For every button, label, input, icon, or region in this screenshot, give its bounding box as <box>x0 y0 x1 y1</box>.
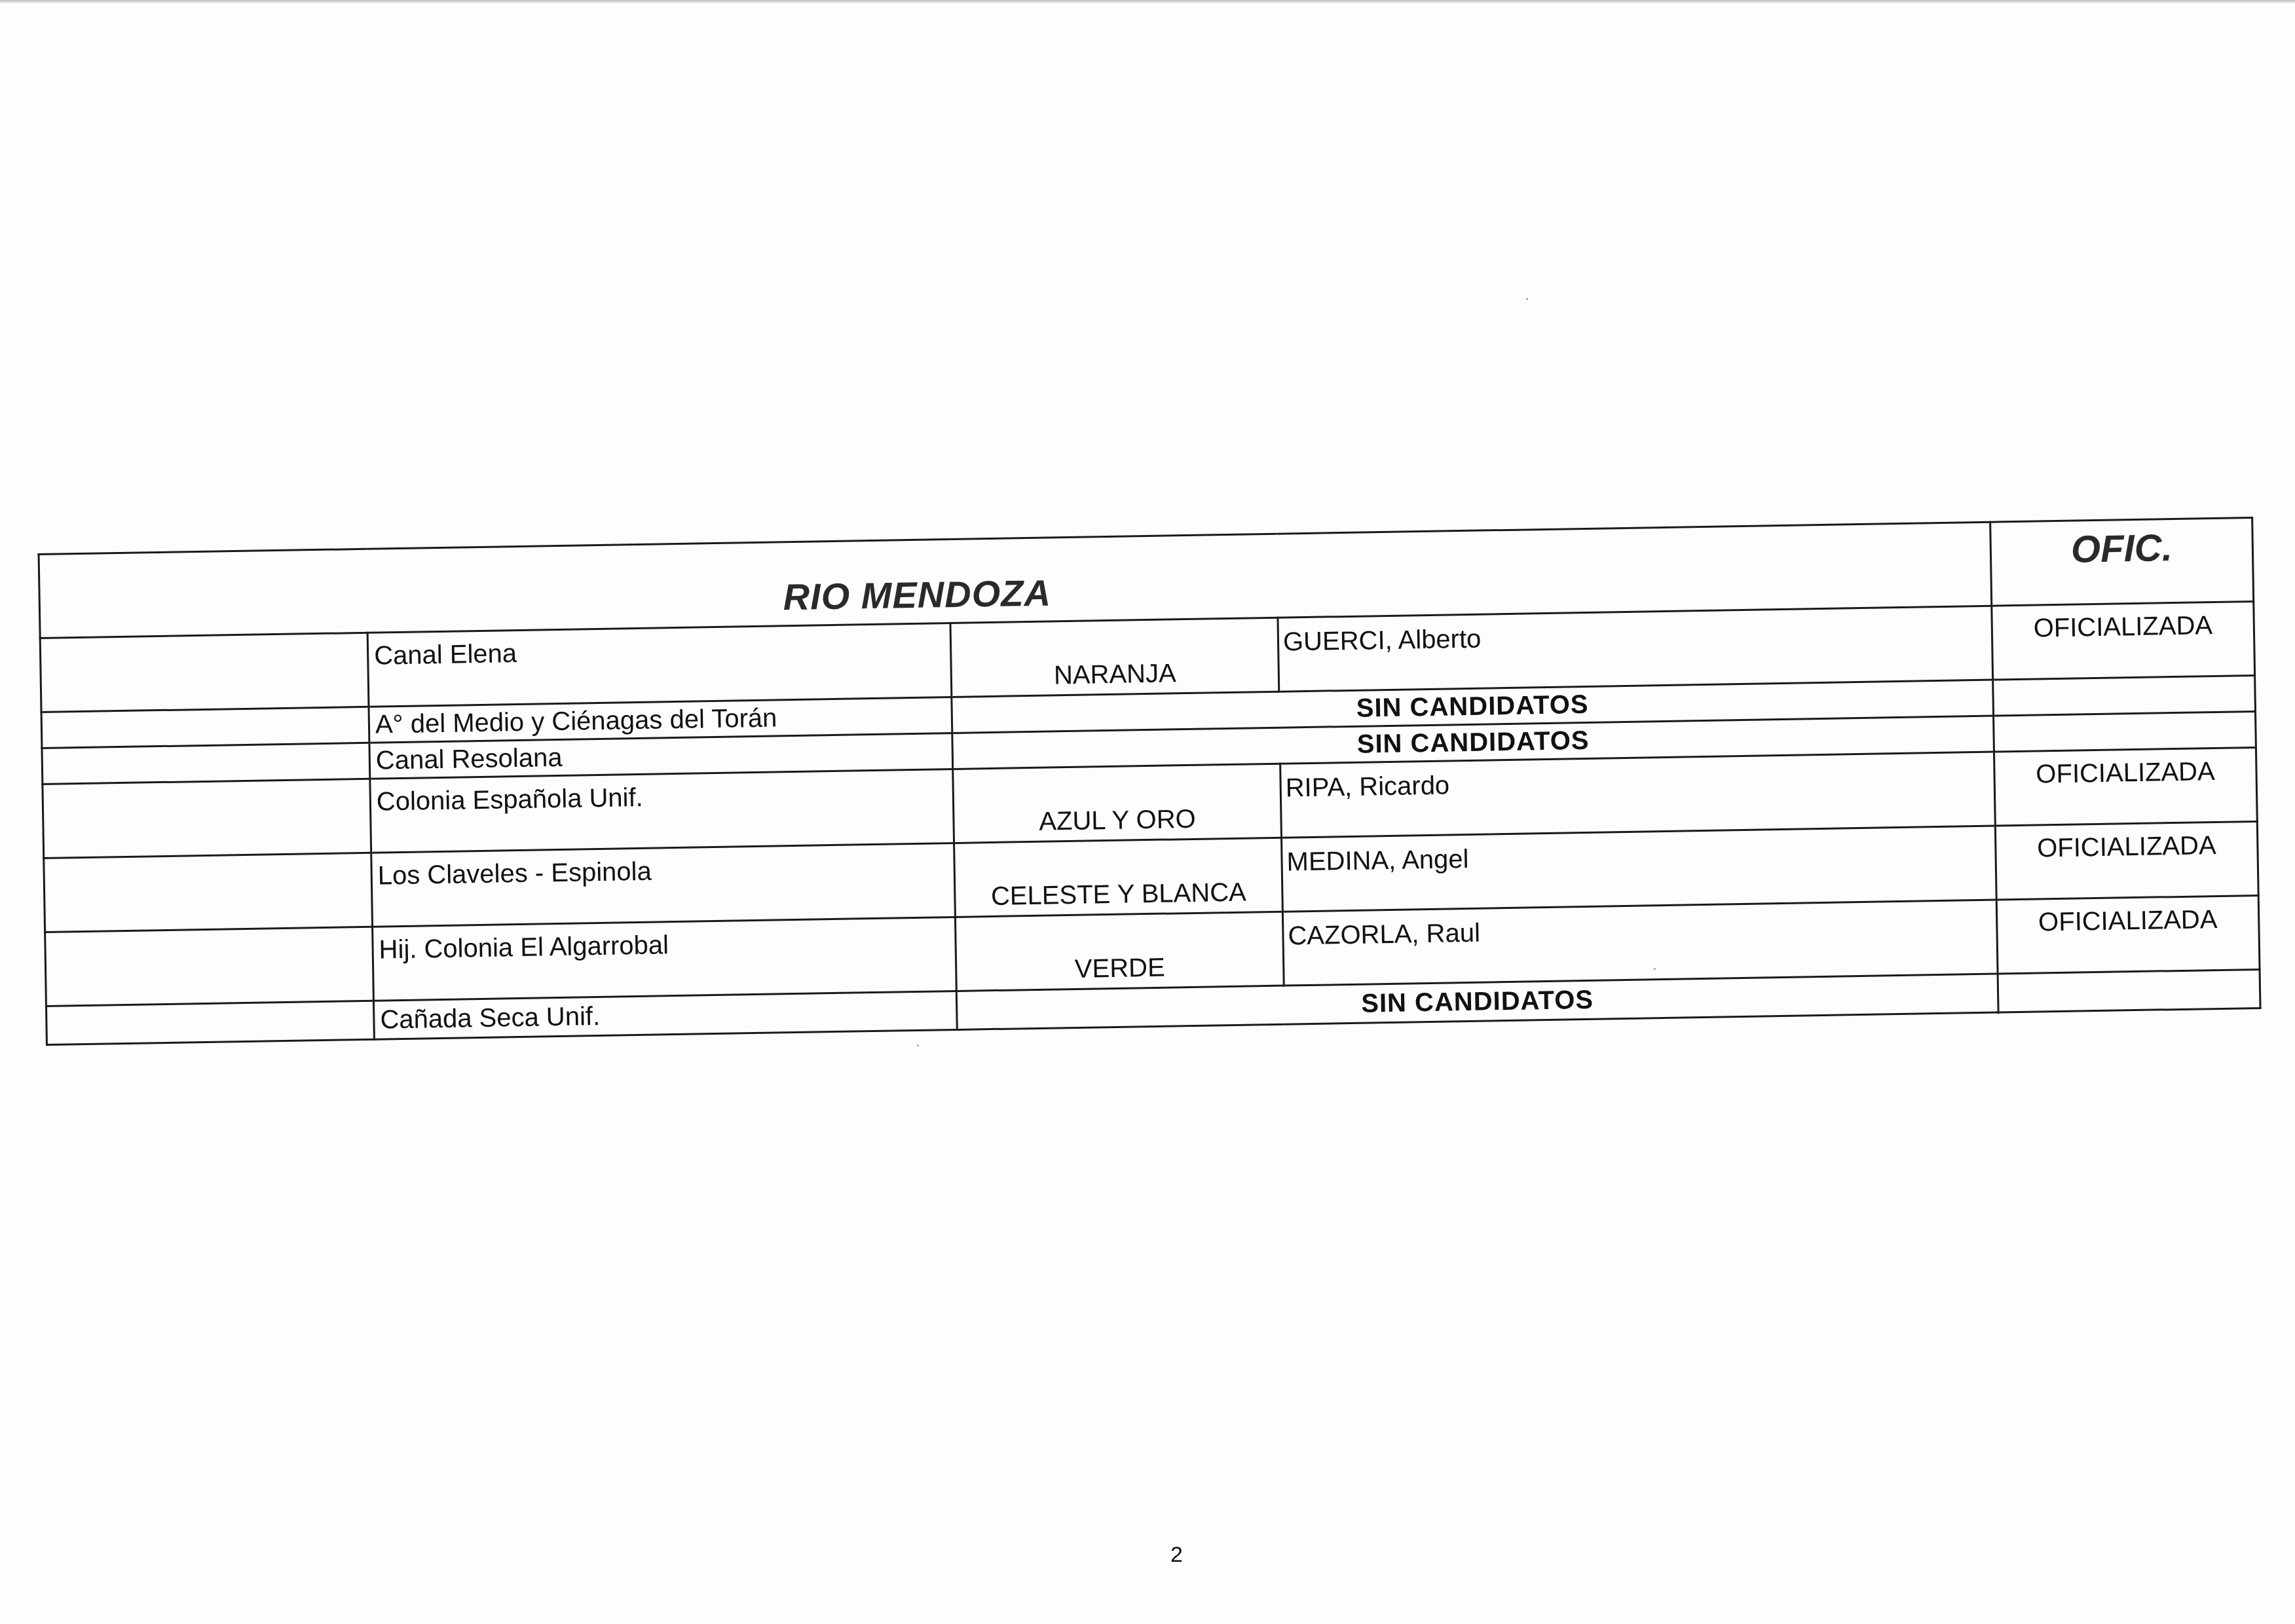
ofic-header-cell: OFIC. <box>1990 518 2254 606</box>
candidate-cell: CAZORLA, Raul <box>1282 900 1998 986</box>
blank-cell <box>44 853 373 932</box>
status-cell <box>1994 711 2256 752</box>
scan-speck <box>1526 298 1528 300</box>
no-candidates-label: SIN CANDIDATOS <box>1356 726 1589 758</box>
candidate-cell: GUERCI, Alberto <box>1278 606 1993 692</box>
blank-cell <box>41 707 369 748</box>
scan-top-edge <box>0 0 2295 4</box>
candidate-cell: MEDINA, Angel <box>1281 826 1996 912</box>
canal-cell: Hij. Colonia El Algarrobal <box>373 917 957 1001</box>
list-color: NARANJA <box>952 657 1278 696</box>
color-cell: AZUL Y ORO <box>953 764 1282 843</box>
status-cell: OFICIALIZADA <box>1994 747 2257 826</box>
list-color: CELESTE Y BLANCA <box>956 877 1282 916</box>
color-cell: VERDE <box>955 912 1284 991</box>
no-candidates-label: SIN CANDIDATOS <box>1356 690 1588 722</box>
status-badge: OFICIALIZADA <box>1992 602 2253 644</box>
no-candidates-label: SIN CANDIDATOS <box>1361 985 1594 1018</box>
scan-speck <box>1654 968 1656 970</box>
canal-cell: Los Claveles - Espinola <box>371 843 956 927</box>
section-title: RIO MENDOZA <box>783 571 1051 625</box>
canal-name: Hij. Colonia El Algarrobal <box>373 918 955 965</box>
blank-cell <box>46 1001 374 1044</box>
canal-name: Colonia Española Unif. <box>371 770 952 817</box>
blank-cell <box>43 779 371 858</box>
status-badge: OFICIALIZADA <box>1996 822 2257 864</box>
blank-cell <box>40 633 369 712</box>
status-cell: OFICIALIZADA <box>1996 895 2260 974</box>
status-cell: OFICIALIZADA <box>1995 821 2258 900</box>
list-color: VERDE <box>957 951 1283 990</box>
canal-cell: Canal Elena <box>367 623 952 707</box>
blank-cell <box>42 743 370 784</box>
scan-speck <box>917 1044 919 1046</box>
status-badge: OFICIALIZADA <box>1995 748 2256 790</box>
status-cell: OFICIALIZADA <box>1992 602 2255 680</box>
canal-cell: Colonia Española Unif. <box>370 769 954 853</box>
rio-mendoza-table: RIO MENDOZA OFIC. Canal Elena NARANJA GU… <box>38 517 2262 1046</box>
list-color: AZUL Y ORO <box>954 803 1280 842</box>
status-cell <box>1993 676 2256 716</box>
ofic-header: OFIC. <box>2071 526 2173 571</box>
status-badge: OFICIALIZADA <box>1998 896 2258 938</box>
candidate-cell: RIPA, Ricardo <box>1280 752 1996 838</box>
canal-name: Los Claveles - Espinola <box>372 844 954 891</box>
canal-name: Canal Elena <box>369 624 950 671</box>
color-cell: CELESTE Y BLANCA <box>954 838 1283 917</box>
page-number: 2 <box>1170 1542 1183 1568</box>
status-cell <box>1998 969 2260 1012</box>
blank-cell <box>45 927 374 1006</box>
document-table-wrapper: RIO MENDOZA OFIC. Canal Elena NARANJA GU… <box>38 517 2260 1046</box>
color-cell: NARANJA <box>950 618 1279 697</box>
